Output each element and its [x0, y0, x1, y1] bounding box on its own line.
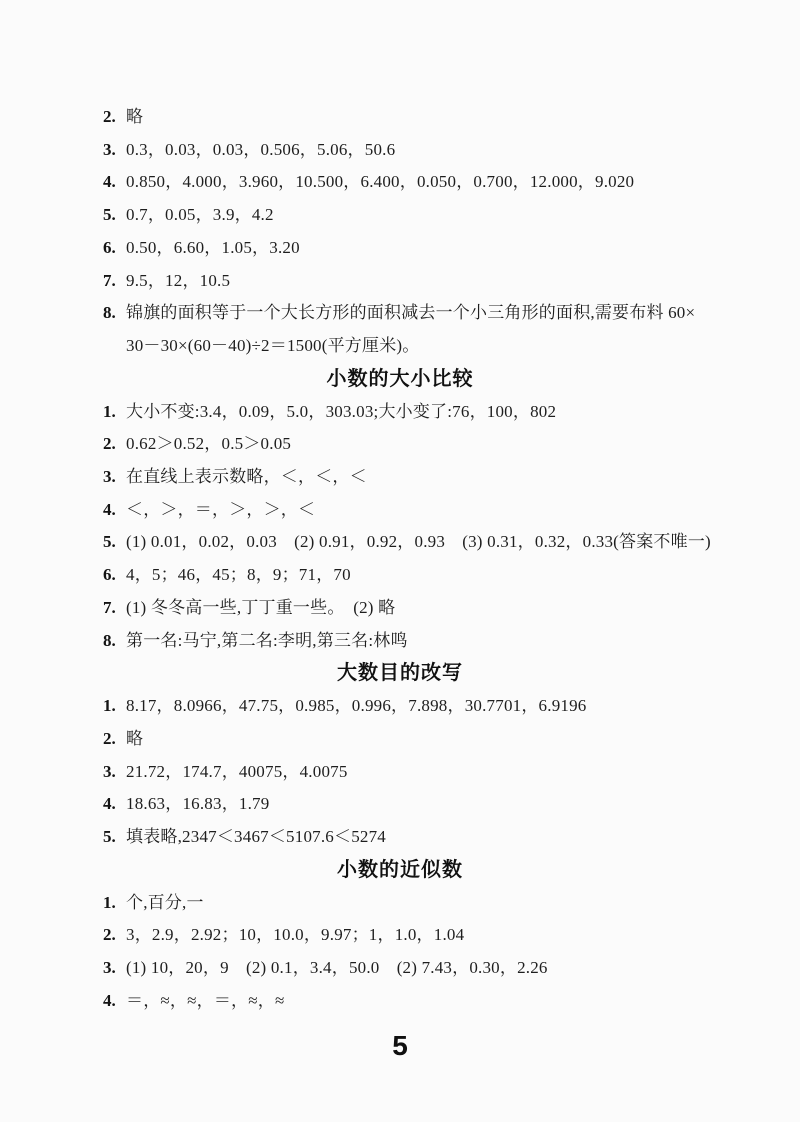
item-number: 4.	[103, 788, 126, 821]
answer-item: 8. 锦旗的面积等于一个大长方形的面积减去一个小三角形的面积,需要布料 60×	[103, 297, 719, 330]
item-number: 5.	[103, 526, 126, 559]
answer-item: 6. 0.50，6.60，1.05，3.20	[103, 232, 719, 265]
answer-item: 4. 0.850，4.000，3.960，10.500，6.400，0.050，…	[103, 166, 719, 199]
section-heading: 小数的大小比较	[0, 363, 800, 396]
answer-item: 7. (1) 冬冬高一些,丁丁重一些。 (2) 略	[103, 592, 719, 625]
item-number: 2.	[103, 723, 126, 756]
answer-item-continuation: 30－30×(60－40)÷2＝1500(平方厘米)。	[103, 330, 719, 363]
answer-item: 4. ＝，≈，≈，＝，≈，≈	[103, 985, 719, 1018]
item-text: 21.72，174.7，40075，4.0075	[126, 756, 348, 789]
page-number: 5	[0, 1030, 800, 1062]
item-number: 8.	[103, 625, 126, 658]
item-number: 4.	[103, 494, 126, 527]
item-text: 0.3，0.03，0.03，0.506，5.06，50.6	[126, 134, 395, 167]
answer-item: 1. 个,百分,一	[103, 887, 719, 920]
item-number: 6.	[103, 232, 126, 265]
answer-item: 3. 21.72，174.7，40075，4.0075	[103, 756, 719, 789]
answer-item: 6. 4，5；46，45；8，9；71，70	[103, 559, 719, 592]
item-text: 0.7，0.05，3.9，4.2	[126, 199, 274, 232]
item-number: 7.	[103, 265, 126, 298]
item-number: 2.	[103, 428, 126, 461]
item-number: 7.	[103, 592, 126, 625]
answer-item: 1. 8.17，8.0966，47.75，0.985，0.996，7.898，3…	[103, 690, 719, 723]
item-text: 个,百分,一	[126, 887, 204, 920]
answer-item: 3. (1) 10，20，9 (2) 0.1，3.4，50.0 (2) 7.43…	[103, 952, 719, 985]
answer-item: 5. 填表略,2347＜3467＜5107.6＜5274	[103, 821, 719, 854]
item-text: 0.50，6.60，1.05，3.20	[126, 232, 300, 265]
item-text: 第一名:马宁,第二名:李明,第三名:林鸣	[126, 625, 408, 658]
item-number: 4.	[103, 166, 126, 199]
section-heading: 小数的近似数	[0, 854, 800, 887]
item-text: 18.63，16.83，1.79	[126, 788, 269, 821]
item-number: 6.	[103, 559, 126, 592]
item-number: 1.	[103, 396, 126, 429]
item-number: 4.	[103, 985, 126, 1018]
answer-item: 8. 第一名:马宁,第二名:李明,第三名:林鸣	[103, 625, 719, 658]
item-text: 略	[126, 101, 143, 134]
item-text: 9.5，12，10.5	[126, 265, 230, 298]
section-heading: 大数目的改写	[0, 657, 800, 690]
item-text: 锦旗的面积等于一个大长方形的面积减去一个小三角形的面积,需要布料 60×	[126, 297, 695, 330]
item-number: 2.	[103, 101, 126, 134]
answer-item: 1. 大小不变:3.4，0.09，5.0，303.03;大小变了:76，100，…	[103, 396, 719, 429]
item-number-spacer	[103, 330, 126, 363]
item-text: 在直线上表示数略，＜，＜，＜	[126, 461, 367, 494]
answer-item: 2. 略	[103, 101, 719, 134]
item-text: (1) 冬冬高一些,丁丁重一些。 (2) 略	[126, 592, 395, 625]
item-text: 3，2.9，2.92；10，10.0，9.97；1，1.0，1.04	[126, 919, 464, 952]
answer-item: 3. 在直线上表示数略，＜，＜，＜	[103, 461, 719, 494]
answer-item: 2. 3，2.9，2.92；10，10.0，9.97；1，1.0，1.04	[103, 919, 719, 952]
answer-item: 4. 18.63，16.83，1.79	[103, 788, 719, 821]
item-number: 5.	[103, 199, 126, 232]
item-text: 略	[126, 723, 143, 756]
answer-item: 5. 0.7，0.05，3.9，4.2	[103, 199, 719, 232]
item-number: 1.	[103, 690, 126, 723]
answer-item: 4. ＜，＞，＝，＞，＞，＜	[103, 494, 719, 527]
page-content: 2. 略 3. 0.3，0.03，0.03，0.506，5.06，50.6 4.…	[103, 101, 719, 1018]
item-text: 0.850，4.000，3.960，10.500，6.400，0.050，0.7…	[126, 166, 634, 199]
item-text: ＝，≈，≈，＝，≈，≈	[126, 985, 285, 1018]
item-number: 1.	[103, 887, 126, 920]
item-text: (1) 0.01，0.02，0.03 (2) 0.91，0.92，0.93 (3…	[126, 526, 711, 559]
item-text: 30－30×(60－40)÷2＝1500(平方厘米)。	[126, 330, 419, 363]
answer-item: 3. 0.3，0.03，0.03，0.506，5.06，50.6	[103, 134, 719, 167]
item-number: 8.	[103, 297, 126, 330]
answer-item: 2. 略	[103, 723, 719, 756]
answer-book-page: 2. 略 3. 0.3，0.03，0.03，0.506，5.06，50.6 4.…	[0, 0, 800, 1122]
item-text: 8.17，8.0966，47.75，0.985，0.996，7.898，30.7…	[126, 690, 587, 723]
item-number: 3.	[103, 952, 126, 985]
item-text: 大小不变:3.4，0.09，5.0，303.03;大小变了:76，100，802	[126, 396, 556, 429]
item-text: (1) 10，20，9 (2) 0.1，3.4，50.0 (2) 7.43，0.…	[126, 952, 548, 985]
item-number: 5.	[103, 821, 126, 854]
item-number: 3.	[103, 134, 126, 167]
answer-item: 2. 0.62＞0.52，0.5＞0.05	[103, 428, 719, 461]
item-text: 填表略,2347＜3467＜5107.6＜5274	[126, 821, 386, 854]
item-number: 2.	[103, 919, 126, 952]
item-number: 3.	[103, 461, 126, 494]
answer-item: 7. 9.5，12，10.5	[103, 265, 719, 298]
item-text: ＜，＞，＝，＞，＞，＜	[126, 494, 315, 527]
answer-item: 5. (1) 0.01，0.02，0.03 (2) 0.91，0.92，0.93…	[103, 526, 719, 559]
item-text: 0.62＞0.52，0.5＞0.05	[126, 428, 291, 461]
item-number: 3.	[103, 756, 126, 789]
item-text: 4，5；46，45；8，9；71，70	[126, 559, 351, 592]
